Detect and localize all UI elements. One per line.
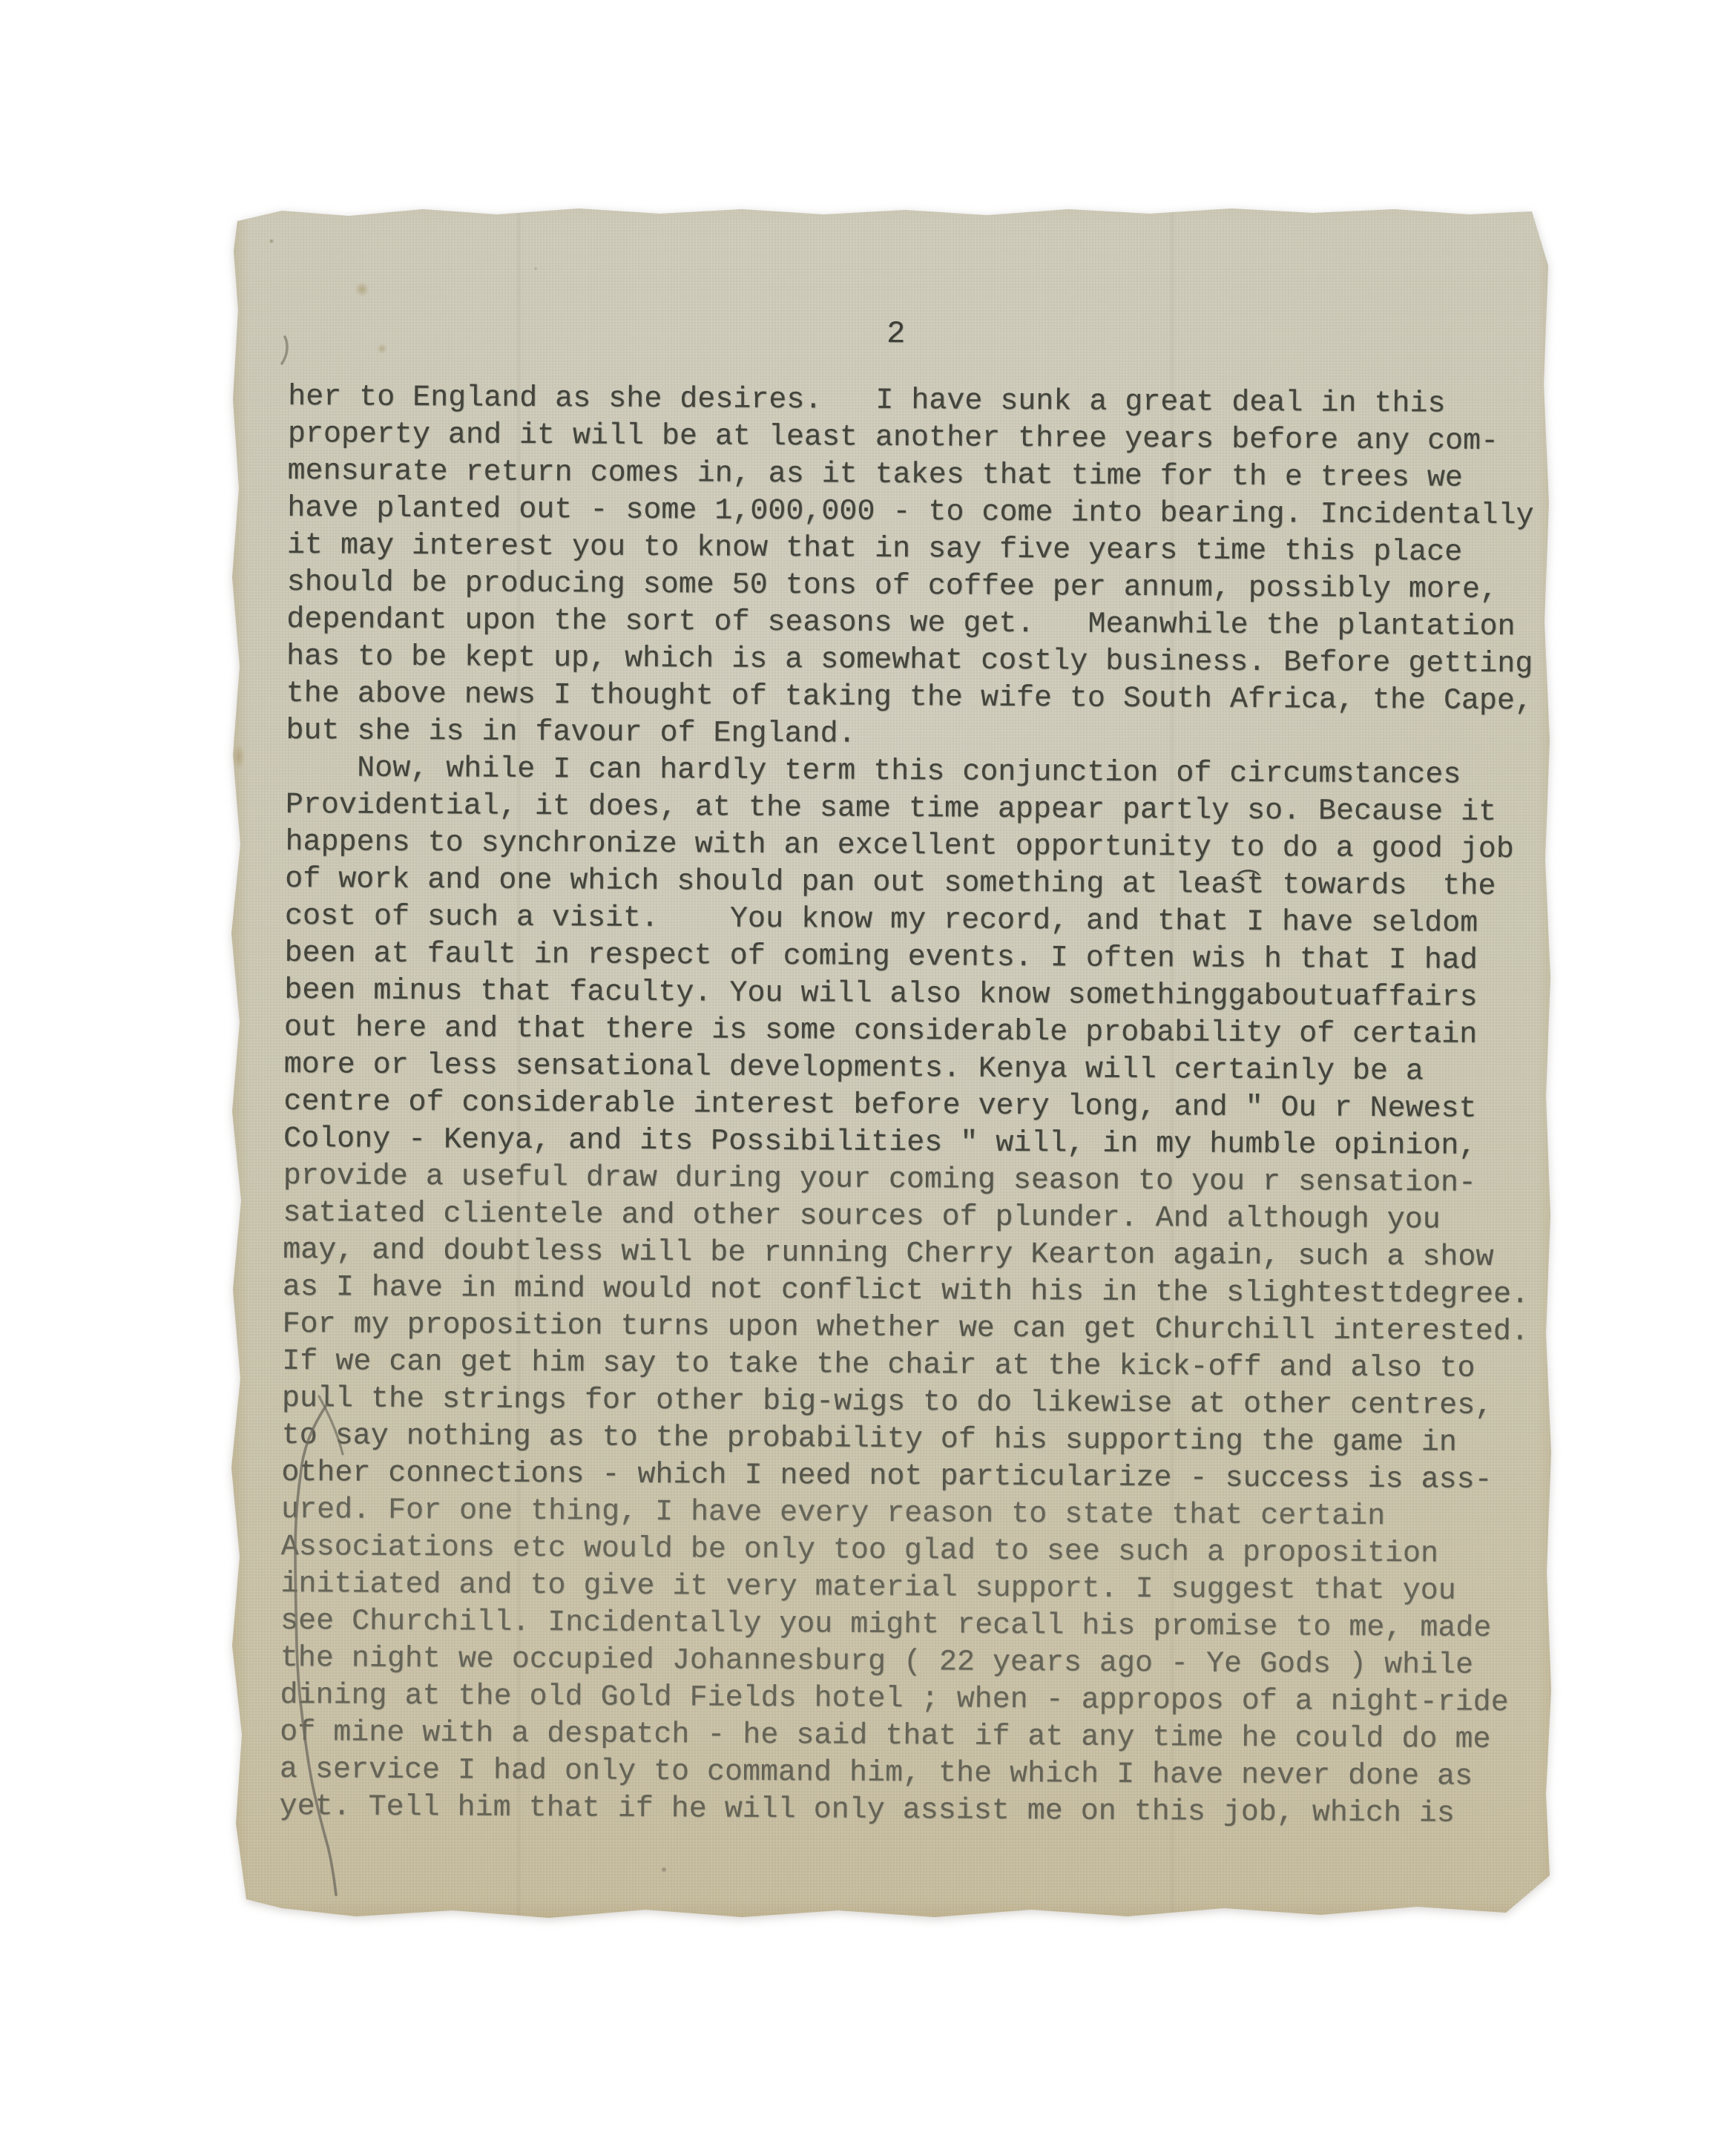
scan-background: 2 her to England as she desires. I have … bbox=[0, 0, 1724, 2156]
letter-body: her to England as she desires. I have su… bbox=[279, 379, 1556, 1833]
page-number: 2 bbox=[235, 312, 1557, 356]
letter-page-wrap: 2 her to England as she desires. I have … bbox=[230, 206, 1552, 1922]
text-line: yet. Tell him that if he will only assis… bbox=[279, 1789, 1547, 1833]
letter-page: 2 her to England as she desires. I have … bbox=[230, 206, 1552, 1922]
typewritten-text-block: 2 her to England as she desires. I have … bbox=[226, 203, 1558, 1926]
